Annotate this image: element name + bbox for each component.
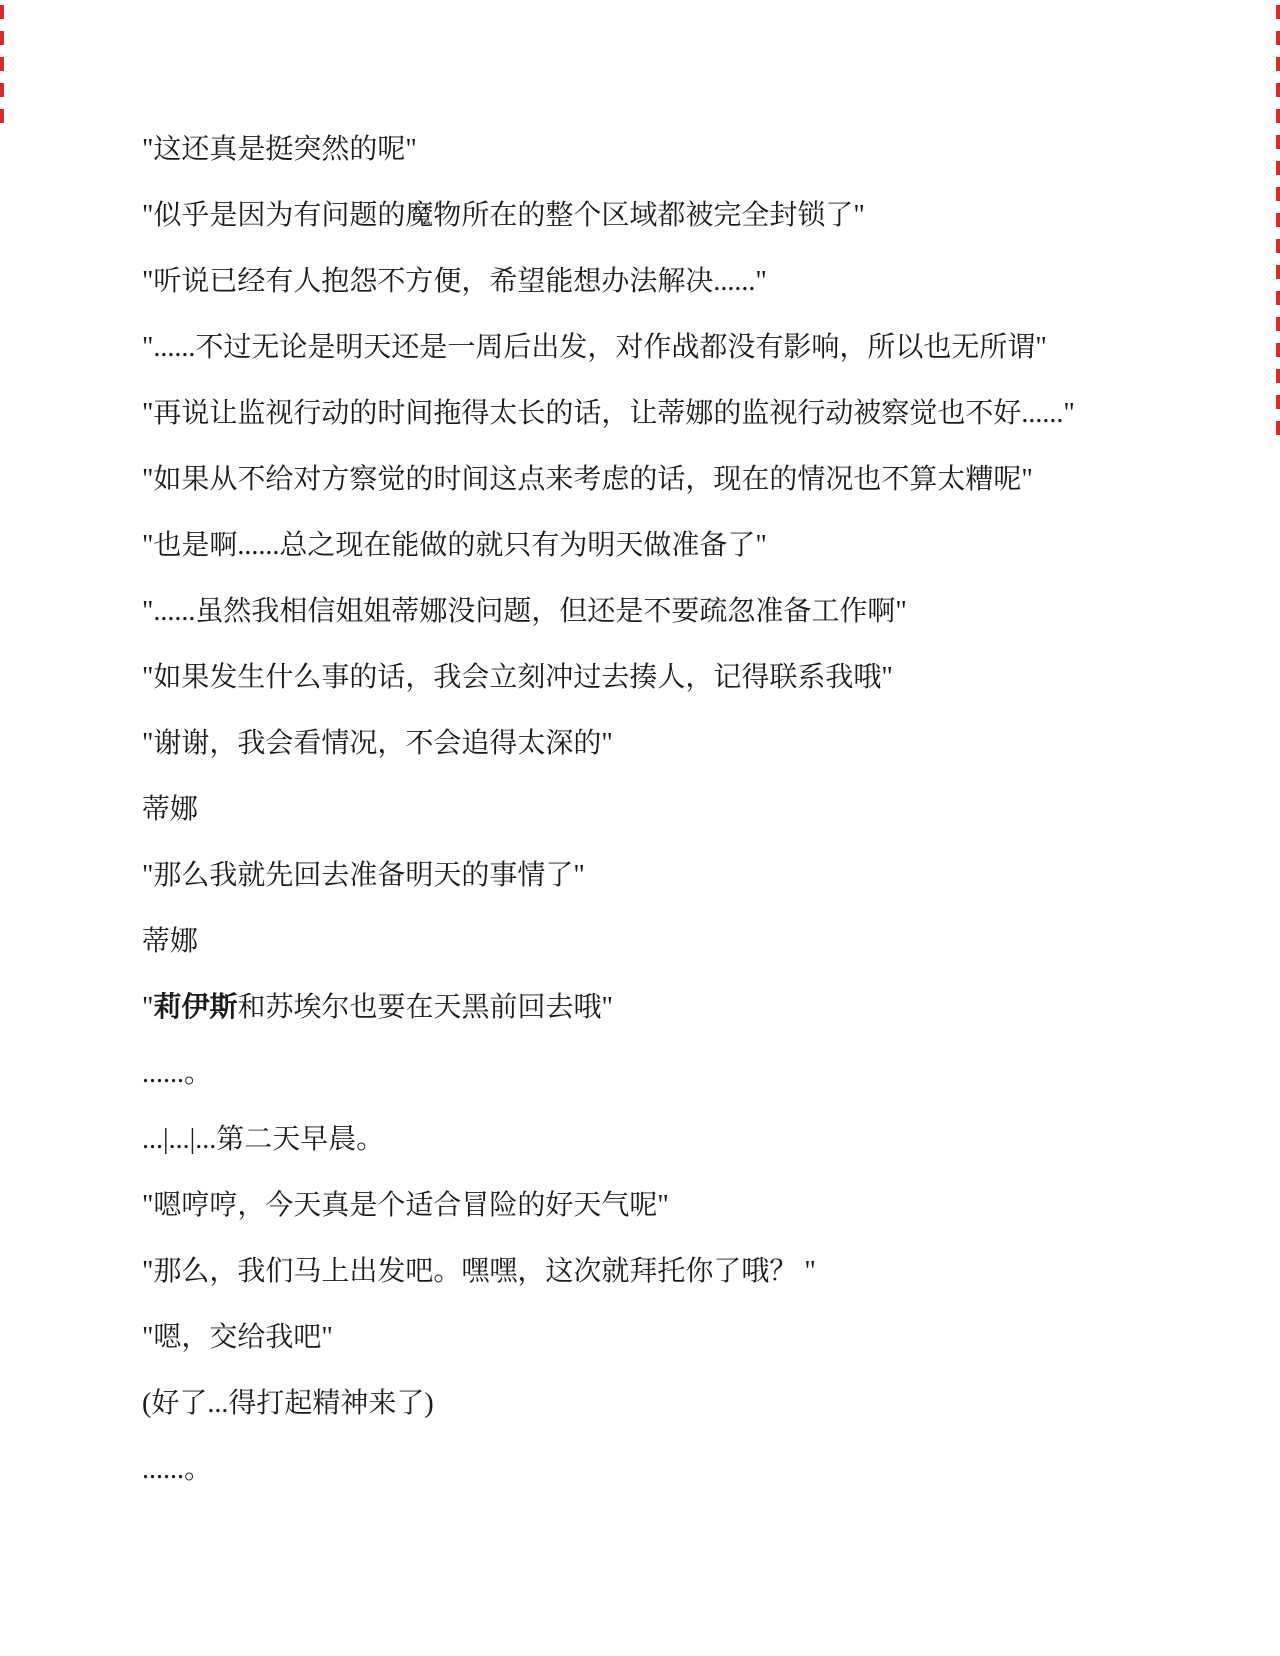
line-text: "嗯哼哼，今天真是个适合冒险的好天气呢"	[142, 1190, 669, 1221]
dialogue-line: "莉伊斯和苏埃尔也要在天黑前回去哦"	[142, 990, 1202, 1026]
text-content: "这还真是挺突然的呢""似乎是因为有问题的魔物所在的整个区域都被完全封锁了""听…	[142, 132, 1202, 1518]
dialogue-line: ......。	[142, 1056, 1202, 1092]
bold-name-text: 莉伊斯	[153, 992, 237, 1023]
right-edge-red-dash-marks	[1276, 5, 1280, 445]
line-text: "似乎是因为有问题的魔物所在的整个区域都被完全封锁了"	[142, 200, 865, 231]
left-edge-red-dash-marks	[0, 5, 4, 133]
dialogue-line: "这还真是挺突然的呢"	[142, 132, 1202, 168]
dialogue-line: "......虽然我相信姐姐蒂娜没问题，但还是不要疏忽准备工作啊"	[142, 594, 1202, 630]
dialogue-line: "谢谢，我会看情况，不会追得太深的"	[142, 726, 1202, 762]
line-text: "谢谢，我会看情况，不会追得太深的"	[142, 728, 613, 759]
line-text: "如果发生什么事的话，我会立刻冲过去揍人，记得联系我哦"	[142, 662, 893, 693]
dialogue-line: "如果发生什么事的话，我会立刻冲过去揍人，记得联系我哦"	[142, 660, 1202, 696]
line-text: "那么，我们马上出发吧。嘿嘿，这次就拜托你了哦？ "	[142, 1256, 816, 1287]
line-text: ......。	[142, 1058, 212, 1089]
line-text: "听说已经有人抱怨不方便，希望能想办法解决......"	[142, 266, 767, 297]
line-text: (好了...得打起精神来了)	[142, 1388, 434, 1419]
dialogue-line: "听说已经有人抱怨不方便，希望能想办法解决......"	[142, 264, 1202, 300]
line-text: ......。	[142, 1454, 212, 1485]
line-text: "......不过无论是明天还是一周后出发，对作战都没有影响，所以也无所谓"	[142, 332, 1047, 363]
dialogue-line: "那么，我们马上出发吧。嘿嘿，这次就拜托你了哦？ "	[142, 1254, 1202, 1290]
dialogue-line: ...|...|...第二天早晨。	[142, 1122, 1202, 1158]
dialogue-line: "也是啊......总之现在能做的就只有为明天做准备了"	[142, 528, 1202, 564]
dialogue-line: "再说让监视行动的时间拖得太长的话，让蒂娜的监视行动被察觉也不好......"	[142, 396, 1202, 432]
line-text: 蒂娜	[142, 926, 198, 957]
dialogue-line: "似乎是因为有问题的魔物所在的整个区域都被完全封锁了"	[142, 198, 1202, 234]
line-text: ...|...|...第二天早晨。	[142, 1124, 384, 1155]
document-page: "这还真是挺突然的呢""似乎是因为有问题的魔物所在的整个区域都被完全封锁了""听…	[0, 0, 1280, 1656]
dialogue-line: "那么我就先回去准备明天的事情了"	[142, 858, 1202, 894]
dialogue-line: "嗯，交给我吧"	[142, 1320, 1202, 1356]
line-text: "再说让监视行动的时间拖得太长的话，让蒂娜的监视行动被察觉也不好......"	[142, 398, 1075, 429]
line-text: "嗯，交给我吧"	[142, 1322, 333, 1353]
dialogue-line: "嗯哼哼，今天真是个适合冒险的好天气呢"	[142, 1188, 1202, 1224]
dialogue-line: "如果从不给对方察觉的时间这点来考虑的话，现在的情况也不算太糟呢"	[142, 462, 1202, 498]
dialogue-line: 蒂娜	[142, 792, 1202, 828]
line-text: "	[142, 992, 153, 1023]
dialogue-line: "......不过无论是明天还是一周后出发，对作战都没有影响，所以也无所谓"	[142, 330, 1202, 366]
dialogue-line: ......。	[142, 1452, 1202, 1488]
line-text: "如果从不给对方察觉的时间这点来考虑的话，现在的情况也不算太糟呢"	[142, 464, 1033, 495]
line-text: "这还真是挺突然的呢"	[142, 134, 417, 165]
line-text: "那么我就先回去准备明天的事情了"	[142, 860, 585, 891]
dialogue-line: (好了...得打起精神来了)	[142, 1386, 1202, 1422]
line-text: 和苏埃尔也要在天黑前回去哦"	[237, 992, 612, 1023]
line-text: "也是啊......总之现在能做的就只有为明天做准备了"	[142, 530, 767, 561]
line-text: 蒂娜	[142, 794, 198, 825]
line-text: "......虽然我相信姐姐蒂娜没问题，但还是不要疏忽准备工作啊"	[142, 596, 907, 627]
dialogue-line: 蒂娜	[142, 924, 1202, 960]
